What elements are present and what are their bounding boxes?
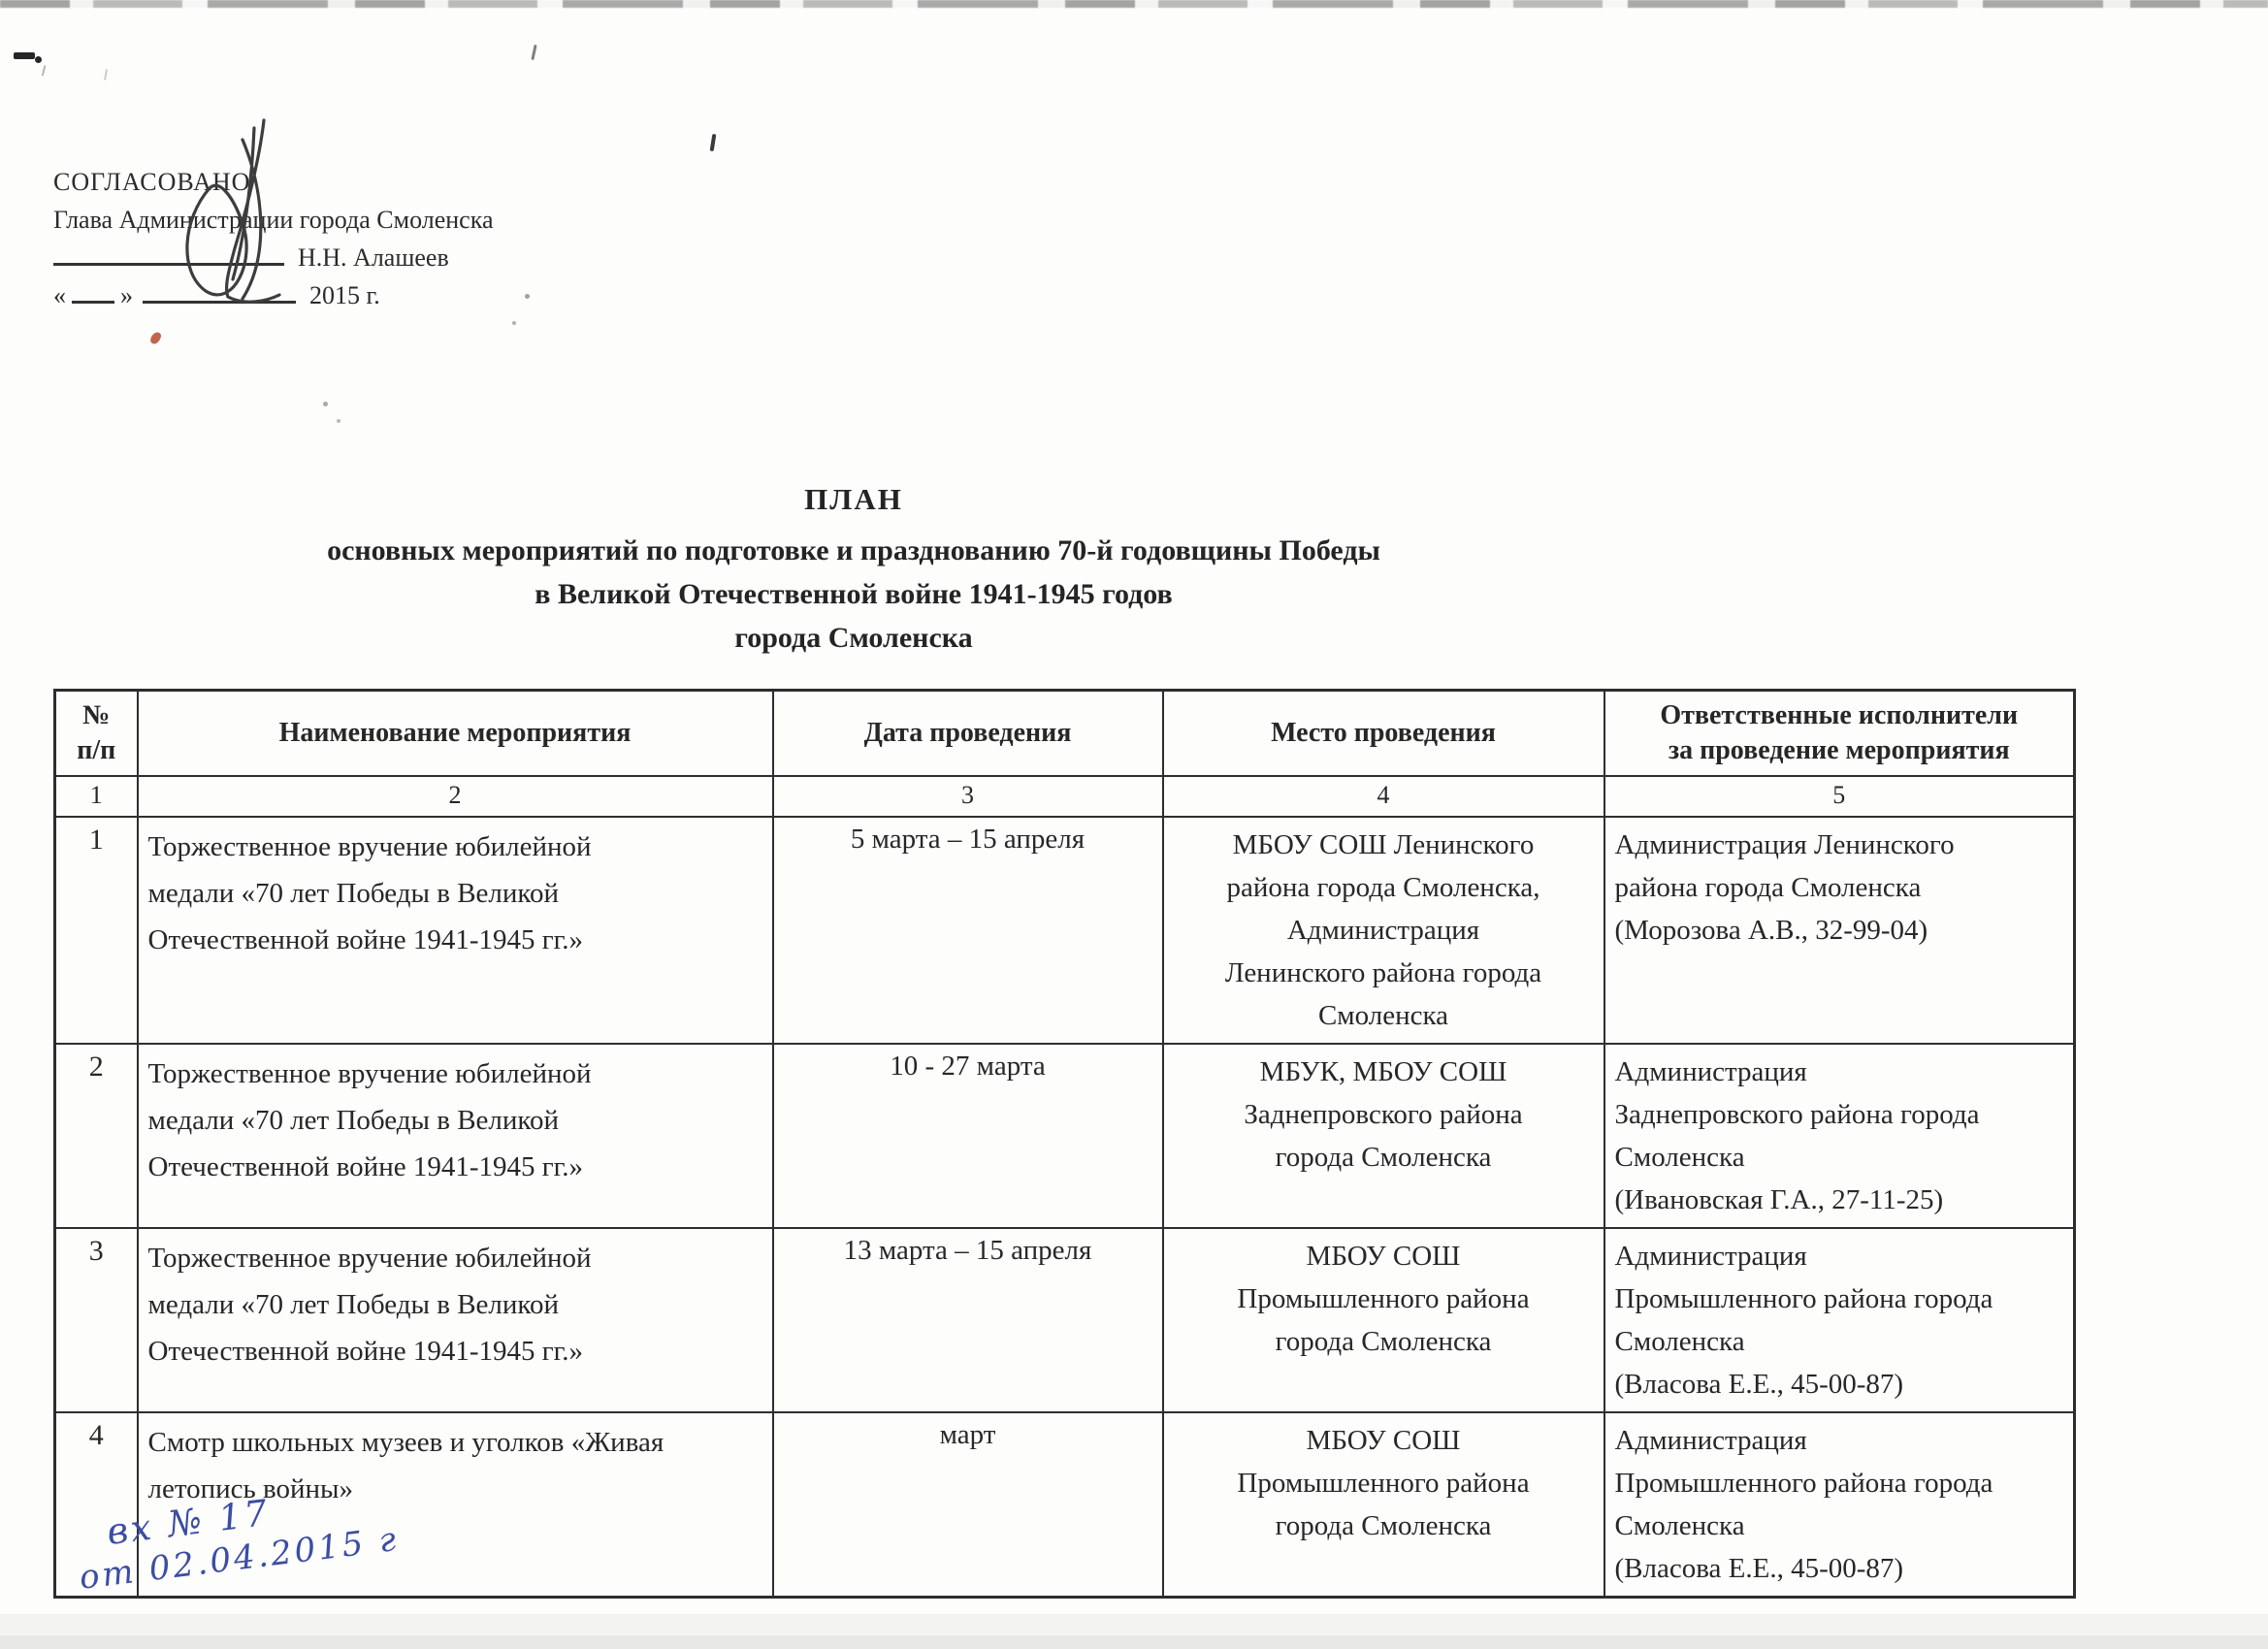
event-date: 10 - 27 марта <box>773 1044 1163 1228</box>
row-number: 2 <box>55 1044 138 1228</box>
event-date: март <box>773 1412 1163 1598</box>
column-index: 4 <box>1163 776 1604 817</box>
title-line-4: города Смоленска <box>0 616 1707 660</box>
event-date: 13 марта – 15 апреля <box>773 1228 1163 1412</box>
scan-edge-bottom <box>0 1635 2268 1649</box>
row-number: 3 <box>55 1228 138 1412</box>
title-line-3: в Великой Отечественной войне 1941-1945 … <box>0 572 1707 616</box>
signature-scribble <box>171 114 316 308</box>
approver-name: Н.Н. Алашеев <box>298 243 449 272</box>
event-responsible: Администрация Промышленного района город… <box>1604 1412 2075 1598</box>
scan-edge-top <box>0 0 2268 8</box>
event-responsible: Администрация Промышленного района город… <box>1604 1228 2075 1412</box>
table-row: 2 Торжественное вручение юбилейной медал… <box>55 1044 2075 1228</box>
stray-mark <box>42 65 51 78</box>
events-table: № п/п Наименование мероприятия Дата пров… <box>53 689 2076 1599</box>
event-place: МБОУ СОШ Ленинского района города Смолен… <box>1163 817 1604 1044</box>
col-header-responsible: Ответственные исполнители за проведение … <box>1604 691 2075 777</box>
ink-dot <box>337 419 340 423</box>
ink-dot <box>512 321 516 325</box>
table-header-row: № п/п Наименование мероприятия Дата пров… <box>55 691 2075 777</box>
column-index: 1 <box>55 776 138 817</box>
event-date: 5 марта – 15 апреля <box>773 817 1163 1044</box>
event-responsible: Администрация Заднепровского района горо… <box>1604 1044 2075 1228</box>
row-number: 1 <box>55 817 138 1044</box>
column-index: 5 <box>1604 776 2075 817</box>
title-word-plan: ПЛАН <box>0 477 1707 521</box>
col-header-place: Место проведения <box>1163 691 1604 777</box>
table-row: 3 Торжественное вручение юбилейной медал… <box>55 1228 2075 1412</box>
quote-open: « <box>53 281 66 309</box>
stray-ink-apostrophe <box>710 134 717 151</box>
red-ink-speck <box>148 331 162 346</box>
col-header-number: № п/п <box>55 691 138 777</box>
stray-ink-tick <box>531 45 536 60</box>
scanned-document-page: СОГЛАСОВАНО Глава Администрации города С… <box>0 0 2268 1649</box>
column-index: 2 <box>138 776 773 817</box>
day-blank-line <box>72 277 114 304</box>
col-header-event-name: Наименование мероприятия <box>138 691 773 777</box>
event-name: Торжественное вручение юбилейной медали … <box>138 1044 773 1228</box>
title-line-2: основных мероприятий по подготовке и пра… <box>0 529 1707 572</box>
column-index: 3 <box>773 776 1163 817</box>
scan-edge-bottom-light <box>0 1614 2268 1635</box>
quote-close: » <box>120 281 133 309</box>
event-place: МБОУ СОШ Промышленного района города Смо… <box>1163 1228 1604 1412</box>
approval-year: 2015 г. <box>309 281 380 309</box>
stray-mark <box>104 69 113 81</box>
table-row: 1 Торжественное вручение юбилейной медал… <box>55 817 2075 1044</box>
event-name: Торжественное вручение юбилейной медали … <box>138 817 773 1044</box>
column-index-row: 1 2 3 4 5 <box>55 776 2075 817</box>
stray-ink-dash <box>14 52 35 59</box>
col-header-date: Дата проведения <box>773 691 1163 777</box>
ink-dot <box>525 294 530 299</box>
event-name: Торжественное вручение юбилейной медали … <box>138 1228 773 1412</box>
ink-dot <box>323 402 328 406</box>
event-place: МБУК, МБОУ СОШ Заднепровского района гор… <box>1163 1044 1604 1228</box>
event-place: МБОУ СОШ Промышленного района города Смо… <box>1163 1412 1604 1598</box>
event-responsible: Администрация Ленинского района города С… <box>1604 817 2075 1044</box>
document-title: ПЛАН основных мероприятий по подготовке … <box>0 477 1707 660</box>
